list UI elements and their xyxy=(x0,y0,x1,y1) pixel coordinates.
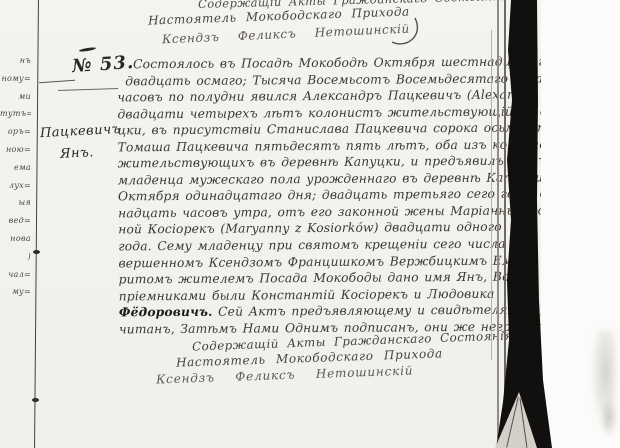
fragment: вед= xyxy=(0,212,31,230)
scan-smudge xyxy=(600,398,618,438)
fragment: ми xyxy=(0,88,31,106)
fragment: ыя xyxy=(0,194,31,212)
fragment: лух= xyxy=(0,177,31,195)
fragment: ема xyxy=(0,159,31,177)
ink-flourish xyxy=(79,47,96,53)
signature-flourish xyxy=(388,16,430,48)
act-body-text: Состоялось въ Посадѣ Мокободѣ Октября ше… xyxy=(117,54,519,338)
margin-child-given-name: Янъ. xyxy=(60,145,95,162)
fragment: ною= xyxy=(0,141,31,159)
left-page-text-fragments: нъ ному= ми тутъ= оръ= ною= ема лух= ыя … xyxy=(0,52,31,301)
fragment: нова xyxy=(0,230,31,248)
fragment: му= xyxy=(0,283,31,301)
margin-stroke xyxy=(58,88,118,91)
fragment: чал= xyxy=(0,266,31,284)
margin-stroke xyxy=(39,80,75,84)
ink-tick xyxy=(32,398,39,402)
ink-tick xyxy=(33,250,40,254)
fragment: ному= xyxy=(0,70,31,88)
fragment: тутъ= xyxy=(0,105,31,123)
page-fold-line xyxy=(34,0,39,448)
page-edge-line xyxy=(497,0,499,438)
act-body-line: читанъ, Затѣмъ Нами Однимъ подписанъ, он… xyxy=(119,318,519,337)
page-edge-line xyxy=(491,30,492,360)
fragment: оръ= xyxy=(0,123,31,141)
fragment: ) xyxy=(0,248,31,266)
godmother-surname: Фёдоровичъ. xyxy=(119,304,213,320)
scanned-registry-page: нъ ному= ми тутъ= оръ= ною= ема лух= ыя … xyxy=(0,0,620,448)
margin-child-surname: Пацкевичъ xyxy=(40,122,121,141)
fragment: нъ xyxy=(0,52,31,70)
